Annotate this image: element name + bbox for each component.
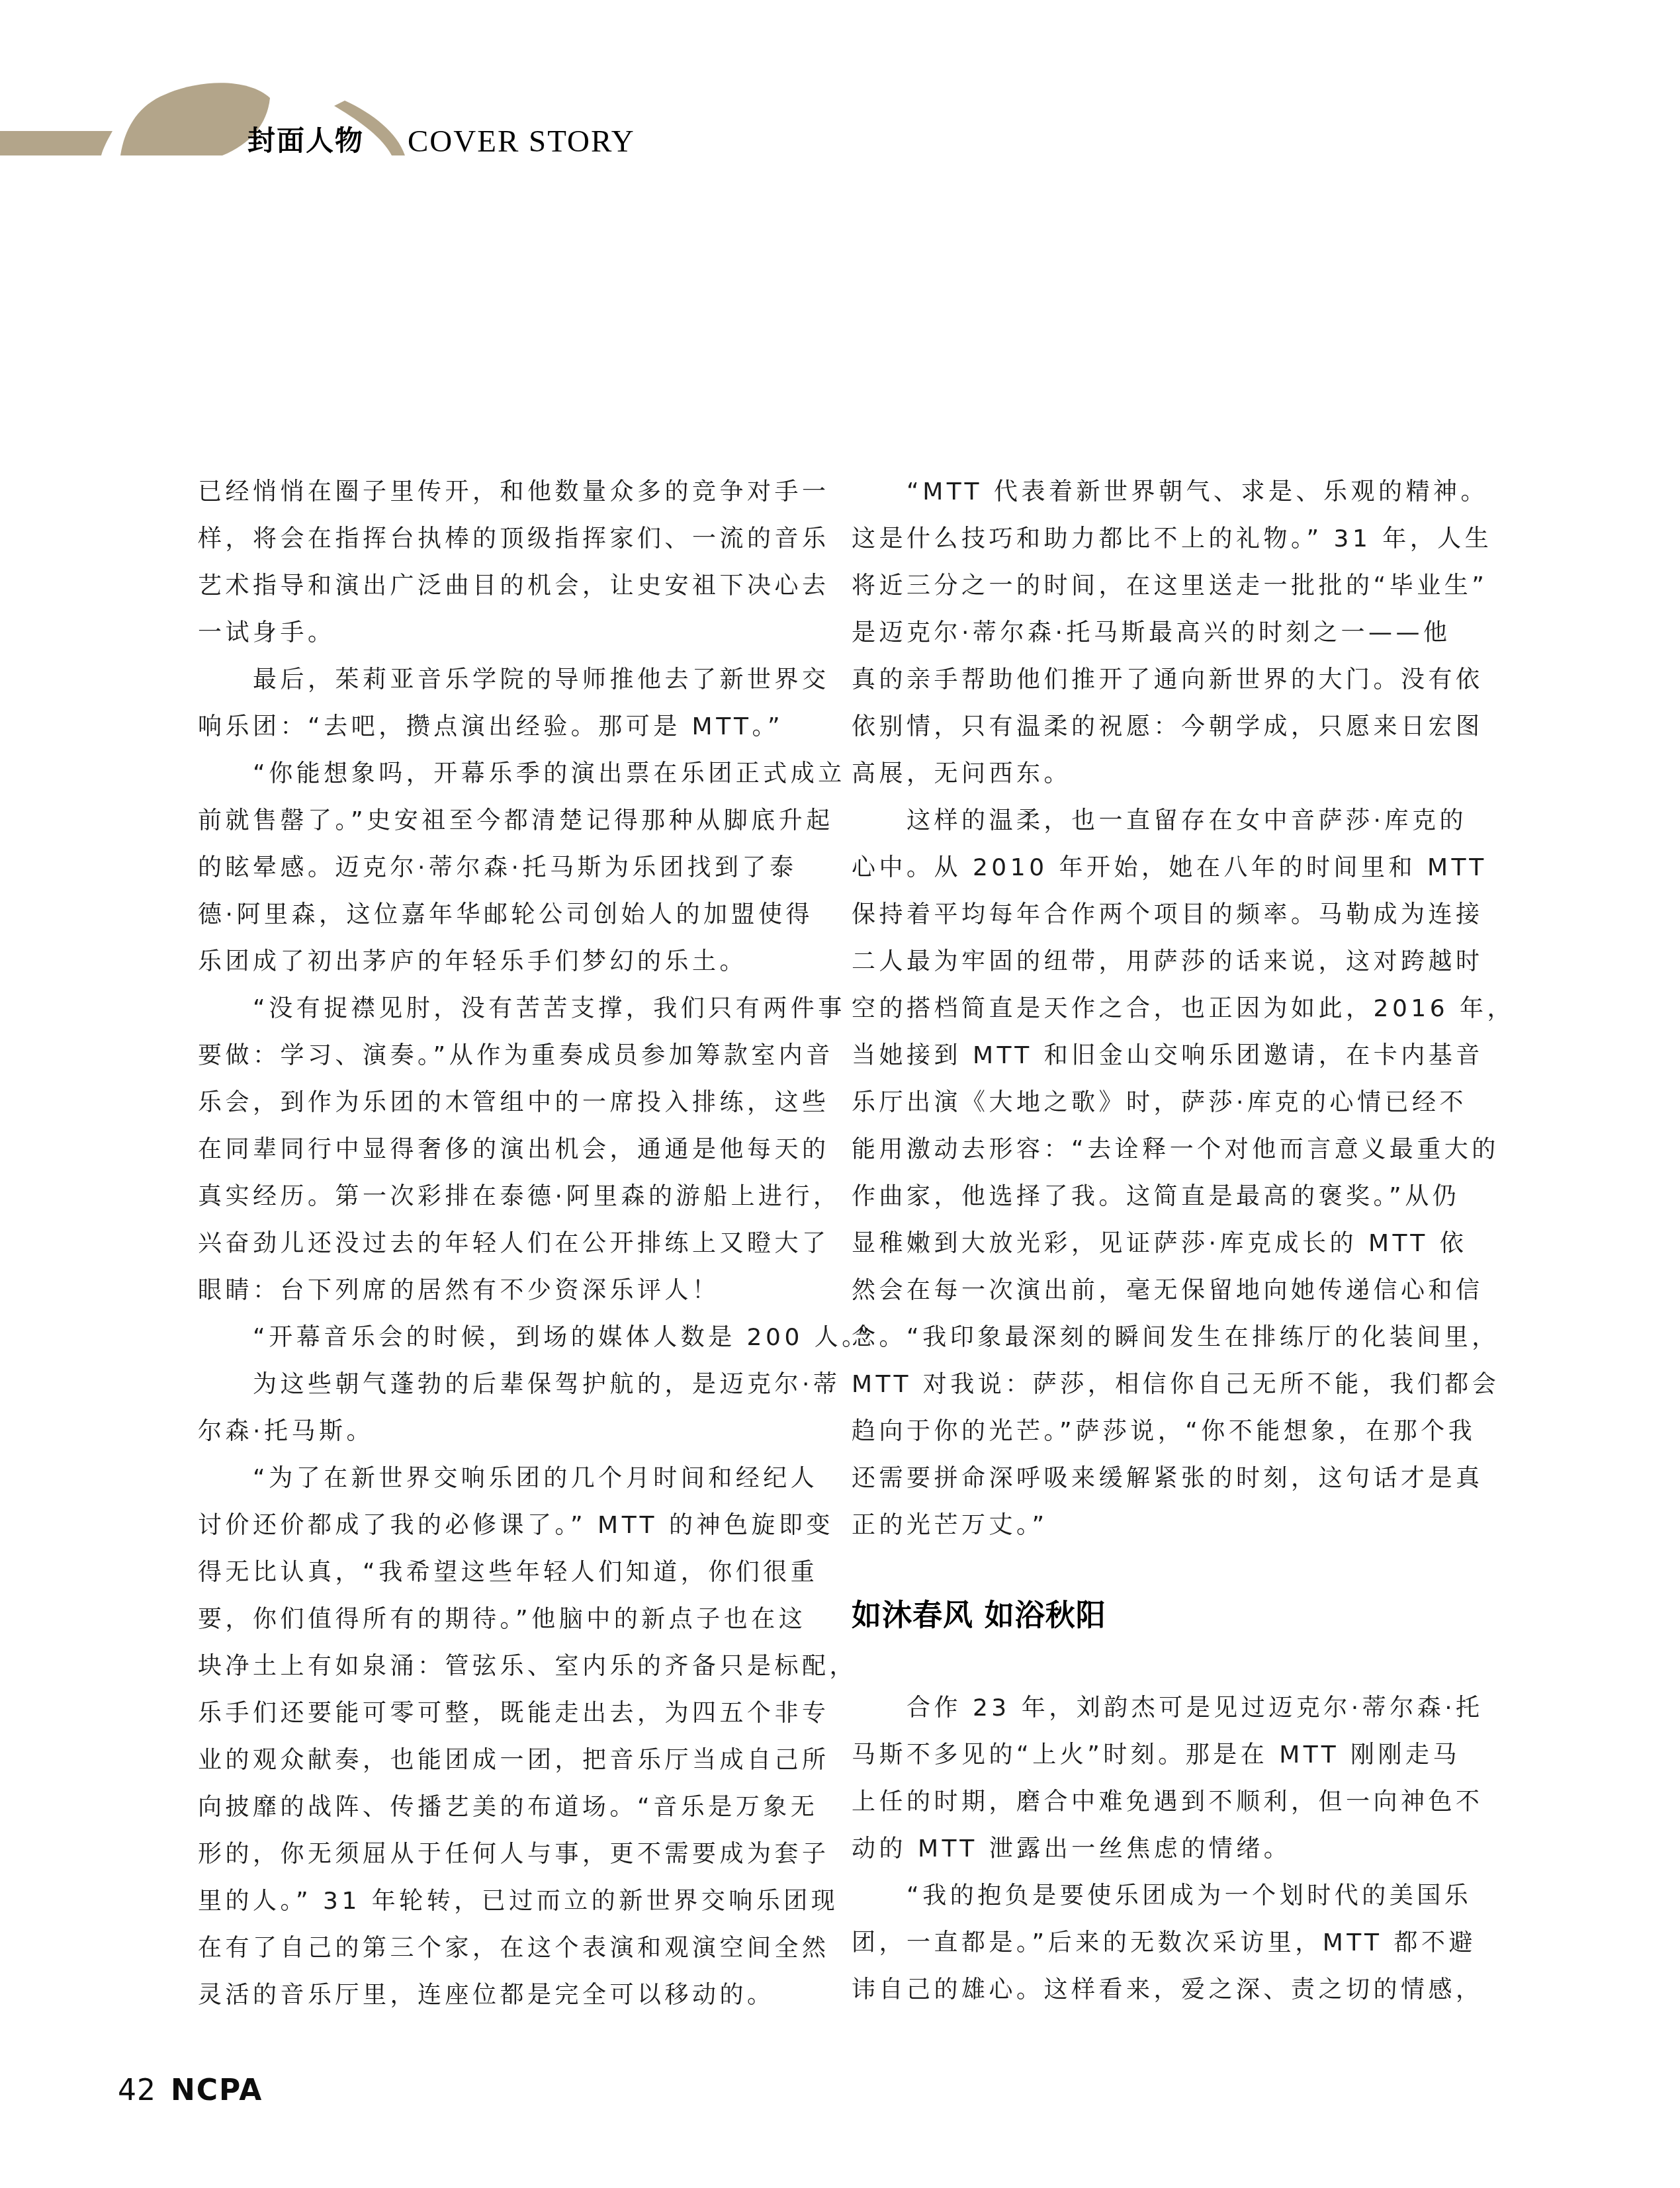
text-line: 趋向于你的光芒。”萨莎说，“你不能想象，在那个我 <box>852 1408 1460 1455</box>
text-line: 还需要拼命深呼吸来缓解紧张的时刻，这句话才是真 <box>852 1455 1460 1502</box>
text-line: 上任的时期，磨合中难免遇到不顺利，但一向神色不 <box>852 1778 1460 1825</box>
text-line: 是迈克尔·蒂尔森·托马斯最高兴的时刻之一——他 <box>852 609 1460 656</box>
section-heading: 如沐春风 如浴秋阳 <box>852 1596 1106 1636</box>
text-line: 形的，你无须屈从于任何人与事，更不需要成为套子 <box>198 1831 807 1878</box>
text-line: “为了在新世界交响乐团的几个月时间和经纪人 <box>198 1455 807 1502</box>
text-line: “我的抱负是要使乐团成为一个划时代的美国乐 <box>852 1872 1460 1919</box>
text-line: 一试身手。 <box>198 609 807 656</box>
text-line: 艺术指导和演出广泛曲目的机会，让史安祖下决心去 <box>198 562 807 609</box>
text-line: 马斯不多见的“上火”时刻。那是在 MTT 刚刚走马 <box>852 1731 1460 1778</box>
text-line: 这样的温柔，也一直留存在女中音萨莎·库克的 <box>852 797 1460 844</box>
text-line: “你能想象吗，开幕乐季的演出票在乐团正式成立 <box>198 750 807 797</box>
text-line: MTT 对我说：萨莎，相信你自己无所不能，我们都会 <box>852 1361 1460 1408</box>
text-line: 最后，茱莉亚音乐学院的导师推他去了新世界交 <box>198 656 807 703</box>
text-line: 眼睛：台下列席的居然有不少资深乐评人！ <box>198 1267 807 1314</box>
footer-brand: NCPA <box>171 2074 263 2108</box>
text-line: 依别情，只有温柔的祝愿：今朝学成，只愿来日宏图 <box>852 703 1460 750</box>
text-line: 合作 23 年，刘韵杰可是见过迈克尔·蒂尔森·托 <box>852 1685 1460 1731</box>
text-line: 已经悄悄在圈子里传开，和他数量众多的竞争对手一 <box>198 468 807 515</box>
text-line: 动的 MTT 泄露出一丝焦虑的情绪。 <box>852 1825 1460 1872</box>
text-line: 得无比认真，“我希望这些年轻人们知道，你们很重 <box>198 1549 807 1596</box>
text-line: 乐手们还要能可零可整，既能走出去，为四五个非专 <box>198 1690 807 1737</box>
text-line: 尔森·托马斯。 <box>198 1408 807 1455</box>
text-line: 讳自己的雄心。这样看来，爱之深、责之切的情感， <box>852 1966 1460 2013</box>
text-line: 显稚嫩到大放光彩，见证萨莎·库克成长的 MTT 依 <box>852 1220 1460 1267</box>
text-line: 响乐团：“去吧，攒点演出经验。那可是 MTT。” <box>198 703 807 750</box>
text-line: 要做：学习、演奏。”从作为重奏成员参加筹款室内音 <box>198 1032 807 1079</box>
text-line: “没有捉襟见肘，没有苦苦支撑，我们只有两件事 <box>198 985 807 1032</box>
text-line: 乐厅出演《大地之歌》时，萨莎·库克的心情已经不 <box>852 1079 1460 1126</box>
text-line: 二人最为牢固的纽带，用萨莎的话来说，这对跨越时 <box>852 938 1460 985</box>
text-line: 乐团成了初出茅庐的年轻乐手们梦幻的乐土。 <box>198 938 807 985</box>
text-line: 在有了自己的第三个家，在这个表演和观演空间全然 <box>198 1925 807 1972</box>
text-line: 前就售罄了。”史安祖至今都清楚记得那种从脚底升起 <box>198 797 807 844</box>
text-line: 要，你们值得所有的期待。”他脑中的新点子也在这 <box>198 1596 807 1643</box>
text-line: 保持着平均每年合作两个项目的频率。马勒成为连接 <box>852 891 1460 938</box>
text-line: 在同辈同行中显得奢侈的演出机会，通通是他每天的 <box>198 1126 807 1173</box>
text-line: 真的亲手帮助他们推开了通向新世界的大门。没有依 <box>852 656 1460 703</box>
text-line: 这是什么技巧和助力都比不上的礼物。” 31 年，人生 <box>852 515 1460 562</box>
footer-page-number: 42 <box>118 2074 156 2108</box>
right-column-lower: 合作 23 年，刘韵杰可是见过迈克尔·蒂尔森·托马斯不多见的“上火”时刻。那是在… <box>852 1685 1460 2013</box>
text-line: 样，将会在指挥台执棒的顶级指挥家们、一流的音乐 <box>198 515 807 562</box>
text-line: 作曲家，他选择了我。这简直是最高的褒奖。”从仍 <box>852 1173 1460 1220</box>
text-line: 将近三分之一的时间，在这里送走一批批的“毕业生” <box>852 562 1460 609</box>
text-line: 当她接到 MTT 和旧金山交响乐团邀请，在卡内基音 <box>852 1032 1460 1079</box>
text-line: “MTT 代表着新世界朝气、求是、乐观的精神。 <box>852 468 1460 515</box>
text-line: 能用激动去形容：“去诠释一个对他而言意义最重大的 <box>852 1126 1460 1173</box>
text-line: 的眩晕感。迈克尔·蒂尔森·托马斯为乐团找到了泰 <box>198 844 807 891</box>
text-line: 为这些朝气蓬勃的后辈保驾护航的，是迈克尔·蒂 <box>198 1361 807 1408</box>
left-column: 已经悄悄在圈子里传开，和他数量众多的竞争对手一样，将会在指挥台执棒的顶级指挥家们… <box>198 468 807 2019</box>
text-line: 然会在每一次演出前，毫无保留地向她传递信心和信 <box>852 1267 1460 1314</box>
page-footer: 42 NCPA <box>118 2074 263 2108</box>
text-line: 正的光芒万丈。” <box>852 1502 1460 1549</box>
text-line: 块净土上有如泉涌：管弦乐、室内乐的齐备只是标配， <box>198 1643 807 1690</box>
text-line: 乐会，到作为乐团的木管组中的一席投入排练，这些 <box>198 1079 807 1126</box>
text-line: 兴奋劲儿还没过去的年轻人们在公开排练上又瞪大了 <box>198 1220 807 1267</box>
text-line: 向披靡的战阵、传播艺美的布道场。“音乐是万象无 <box>198 1784 807 1831</box>
text-line: 德·阿里森，这位嘉年华邮轮公司创始人的加盟使得 <box>198 891 807 938</box>
text-line: 空的搭档简直是天作之合，也正因为如此，2016 年， <box>852 985 1460 1032</box>
magazine-page: 封面人物 COVER STORY 已经悄悄在圈子里传开，和他数量众多的竞争对手一… <box>0 0 1680 2188</box>
text-line: 里的人。” 31 年轮转，已过而立的新世界交响乐团现 <box>198 1878 807 1925</box>
text-line: “开幕音乐会的时候，到场的媒体人数是 200 人。” <box>198 1314 807 1361</box>
header-bar-shape <box>0 131 112 155</box>
text-line: 心中。从 2010 年开始，她在八年的时间里和 MTT <box>852 844 1460 891</box>
text-line: 业的观众献奏，也能团成一团，把音乐厅当成自己所 <box>198 1737 807 1784</box>
text-line: 团，一直都是。”后来的无数次采访里，MTT 都不避 <box>852 1919 1460 1966</box>
text-line: 灵活的音乐厅里，连座位都是完全可以移动的。 <box>198 1972 807 2019</box>
text-line: 讨价还价都成了我的必修课了。” MTT 的神色旋即变 <box>198 1502 807 1549</box>
text-line: 高展，无问西东。 <box>852 750 1460 797</box>
category-title-en: COVER STORY <box>408 127 635 156</box>
text-line: 真实经历。第一次彩排在泰德·阿里森的游船上进行， <box>198 1173 807 1220</box>
text-line: 念。“我印象最深刻的瞬间发生在排练厅的化装间里， <box>852 1314 1460 1361</box>
category-title-cn: 封面人物 <box>247 127 364 155</box>
header-logo <box>0 0 463 172</box>
right-column-upper: “MTT 代表着新世界朝气、求是、乐观的精神。这是什么技巧和助力都比不上的礼物。… <box>852 468 1460 1549</box>
